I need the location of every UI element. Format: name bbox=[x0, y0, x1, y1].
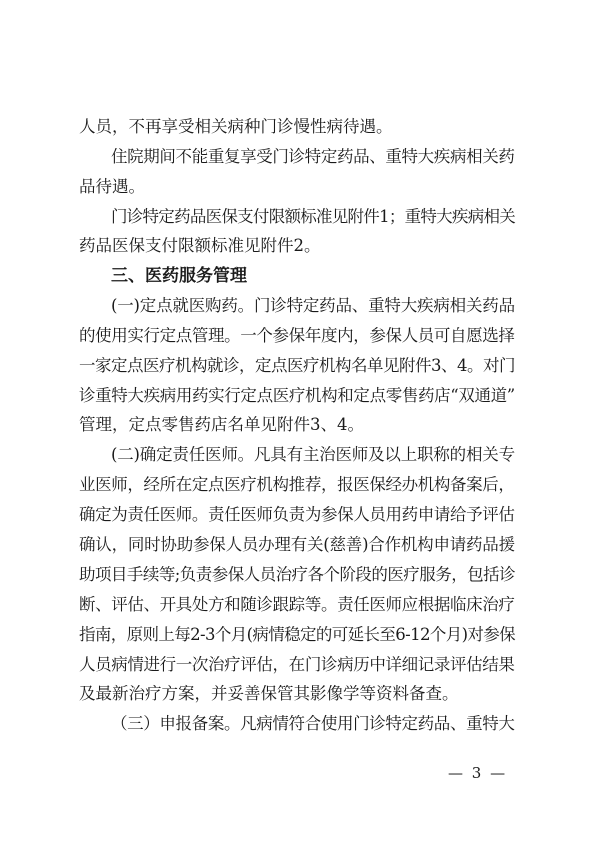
text-line: 确定为责任医师。责任医师负责为参保人员用药申请给予评估 bbox=[79, 505, 515, 525]
text-line: 及最新治疗方案，并妥善保管其影像学等资料备查。 bbox=[79, 684, 515, 704]
text-line: 人员病情进行一次治疗评估，在门诊病历中详细记录评估结果 bbox=[79, 655, 515, 675]
section-heading: 三、医药服务管理 bbox=[111, 266, 515, 286]
text-line: 一家定点医疗机构就诊，定点医疗机构名单见附件3、4。对门 bbox=[79, 356, 515, 376]
text-line: 药品医保支付限额标准见附件2。 bbox=[79, 236, 515, 256]
text-line: (二)确定责任医师。凡具有主治医师及以上职称的相关专 bbox=[111, 445, 515, 465]
text-line: 门诊特定药品医保支付限额标准见附件1；重特大疾病相关 bbox=[111, 207, 515, 227]
text-line: （三）申报备案。凡病情符合使用门诊特定药品、重特大 bbox=[111, 714, 515, 734]
text-line: 品待遇。 bbox=[79, 177, 515, 197]
text-line: (一)定点就医购药。门诊特定药品、重特大疾病相关药品 bbox=[111, 296, 515, 316]
document-page: 人员，不再享受相关病种门诊慢性病待遇。住院期间不能重复享受门诊特定药品、重特大疾… bbox=[0, 0, 596, 846]
page-number: — 3 — bbox=[448, 764, 507, 782]
text-line: 人员，不再享受相关病种门诊慢性病待遇。 bbox=[79, 117, 515, 137]
text-line: 确认，同时协助参保人员办理有关(慈善)合作机构申请药品援 bbox=[79, 535, 515, 555]
text-line: 助项目手续等;负责参保人员治疗各个阶段的医疗服务，包括诊 bbox=[79, 565, 515, 585]
text-line: 的使用实行定点管理。一个参保年度内，参保人员可自愿选择 bbox=[79, 326, 515, 346]
text-line: 管理，定点零售药店名单见附件3、4。 bbox=[79, 415, 515, 435]
text-line: 住院期间不能重复享受门诊特定药品、重特大疾病相关药 bbox=[111, 147, 515, 167]
text-line: 诊重特大疾病用药实行定点医疗机构和定点零售药店“双通道” bbox=[79, 386, 515, 406]
text-line: 业医师，经所在定点医疗机构推荐，报医保经办机构备案后， bbox=[79, 475, 515, 495]
text-line: 指南，原则上每2-3个月(病情稳定的可延长至6-12个月)对参保 bbox=[79, 625, 515, 645]
text-line: 断、评估、开具处方和随诊跟踪等。责任医师应根据临床治疗 bbox=[79, 595, 515, 615]
